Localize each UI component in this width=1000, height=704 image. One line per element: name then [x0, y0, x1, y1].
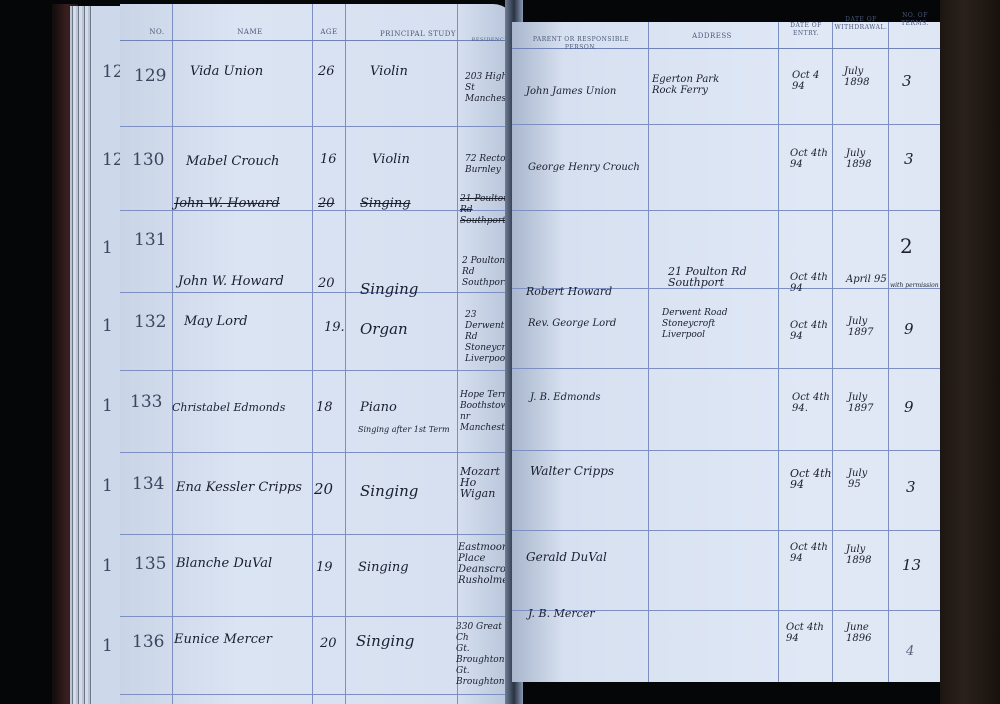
- struck-name: John W. Howard: [174, 196, 280, 211]
- entry-number: 133: [130, 392, 162, 412]
- student-age: 20: [320, 636, 337, 651]
- parent-name: J. B. Mercer: [528, 608, 595, 619]
- student-age: 26: [318, 64, 335, 79]
- date-withdrawal: June 1896: [846, 622, 871, 644]
- student-age: 19: [316, 560, 333, 575]
- date-withdrawal: April 95: [846, 274, 887, 285]
- parent-name: George Henry Crouch: [528, 162, 640, 173]
- struck-age: 20: [318, 196, 335, 211]
- header-principal-study: Principal Study: [368, 30, 468, 38]
- parent-name: Walter Cripps: [530, 466, 614, 477]
- student-name: May Lord: [184, 314, 248, 329]
- parent-name: Robert Howard: [526, 286, 612, 297]
- entry-number: 135: [134, 554, 166, 574]
- date-withdrawal: July 1898: [846, 148, 871, 170]
- date-entry: Oct 4th 94: [790, 320, 828, 342]
- edge-number: 1: [102, 316, 113, 336]
- date-withdrawal: July 95: [848, 468, 867, 490]
- student-name: Vida Union: [190, 64, 263, 79]
- edge-number: 1: [102, 238, 113, 258]
- date-entry: Oct 4th 94: [790, 542, 828, 564]
- date-withdrawal: July 1897: [848, 392, 873, 414]
- date-entry: Oct 4 94: [792, 70, 819, 92]
- principal-study: Singing: [360, 280, 418, 298]
- student-name: Blanche DuVal: [176, 556, 272, 571]
- parent-name: Rev. George Lord: [528, 318, 616, 329]
- entry-number: 134: [132, 474, 164, 494]
- edge-number: 1: [102, 396, 113, 416]
- entry-number: 131: [134, 230, 166, 250]
- terms-count: 3: [904, 150, 914, 168]
- principal-study: Piano: [360, 400, 397, 415]
- edge-number: 1: [102, 556, 113, 576]
- ledger-right-page: Parent or Responsible Person. Address Da…: [512, 22, 942, 682]
- terms-count: 2: [900, 234, 913, 258]
- header-name: Name: [220, 28, 280, 36]
- student-name: Mabel Crouch: [186, 154, 279, 169]
- principal-study: Singing: [356, 632, 414, 650]
- address: 21 Poulton Rd Southport: [668, 266, 747, 288]
- address: Derwent Road Stoneycroft Liverpool: [662, 308, 727, 341]
- entry-number: 132: [134, 312, 166, 332]
- terms-count: 13: [902, 556, 921, 574]
- student-name: Eunice Mercer: [174, 632, 272, 647]
- date-entry: Oct 4th 94: [790, 468, 832, 490]
- study-note: Singing after 1st Term: [358, 424, 450, 435]
- date-entry: Oct 4th 94: [790, 272, 828, 294]
- student-name: John W. Howard: [178, 274, 284, 289]
- date-withdrawal: July 1898: [844, 66, 869, 88]
- parent-name: John James Union: [526, 86, 616, 97]
- header-terms: No. of Terms.: [890, 12, 940, 28]
- terms-count: 3: [902, 72, 912, 90]
- book-cover-right: [940, 0, 1000, 704]
- edge-number: 1: [102, 476, 113, 496]
- student-age: 16: [320, 152, 337, 167]
- terms-note: with permission: [890, 280, 939, 291]
- principal-study: Violin: [370, 64, 408, 79]
- date-entry: Oct 4th 94: [790, 148, 828, 170]
- address: Egerton Park Rock Ferry: [652, 74, 719, 96]
- entry-number: 136: [132, 632, 164, 652]
- terms-count: 9: [904, 320, 914, 338]
- header-address: Address: [672, 32, 752, 40]
- principal-study: Singing: [360, 482, 418, 500]
- header-date-withdrawal: Date of Withdrawal.: [834, 16, 888, 32]
- parent-name: Gerald DuVal: [526, 552, 607, 563]
- parent-name: J. B. Edmonds: [530, 392, 600, 403]
- terms-count: 4: [906, 644, 914, 659]
- date-entry: Oct 4th 94: [786, 622, 824, 644]
- principal-study: Violin: [372, 152, 410, 167]
- student-age: 18: [316, 400, 333, 415]
- principal-study: Singing: [358, 560, 409, 575]
- entry-number: 129: [134, 66, 166, 86]
- edge-number: 1: [102, 636, 113, 656]
- student-age: 20: [318, 276, 335, 291]
- student-age: 19.: [324, 320, 345, 335]
- date-entry: Oct 4th 94.: [792, 392, 830, 414]
- date-withdrawal: July 1898: [846, 544, 871, 566]
- header-parent: Parent or Responsible Person.: [516, 36, 646, 52]
- date-withdrawal: July 1897: [848, 316, 873, 338]
- student-name: Ena Kessler Cripps: [176, 480, 302, 495]
- header-date-entry: Date of Entry.: [782, 22, 830, 38]
- struck-study: Singing: [360, 196, 411, 211]
- ledger-left-page: No. Name Age Principal Study Residence 1…: [120, 4, 515, 704]
- student-age: 20: [314, 480, 333, 498]
- entry-number: 130: [132, 150, 164, 170]
- header-no: No.: [142, 28, 172, 36]
- student-name: Christabel Edmonds: [172, 402, 285, 413]
- header-age: Age: [315, 28, 343, 36]
- terms-count: 9: [904, 398, 914, 416]
- principal-study: Organ: [360, 320, 408, 338]
- terms-count: 3: [906, 478, 916, 496]
